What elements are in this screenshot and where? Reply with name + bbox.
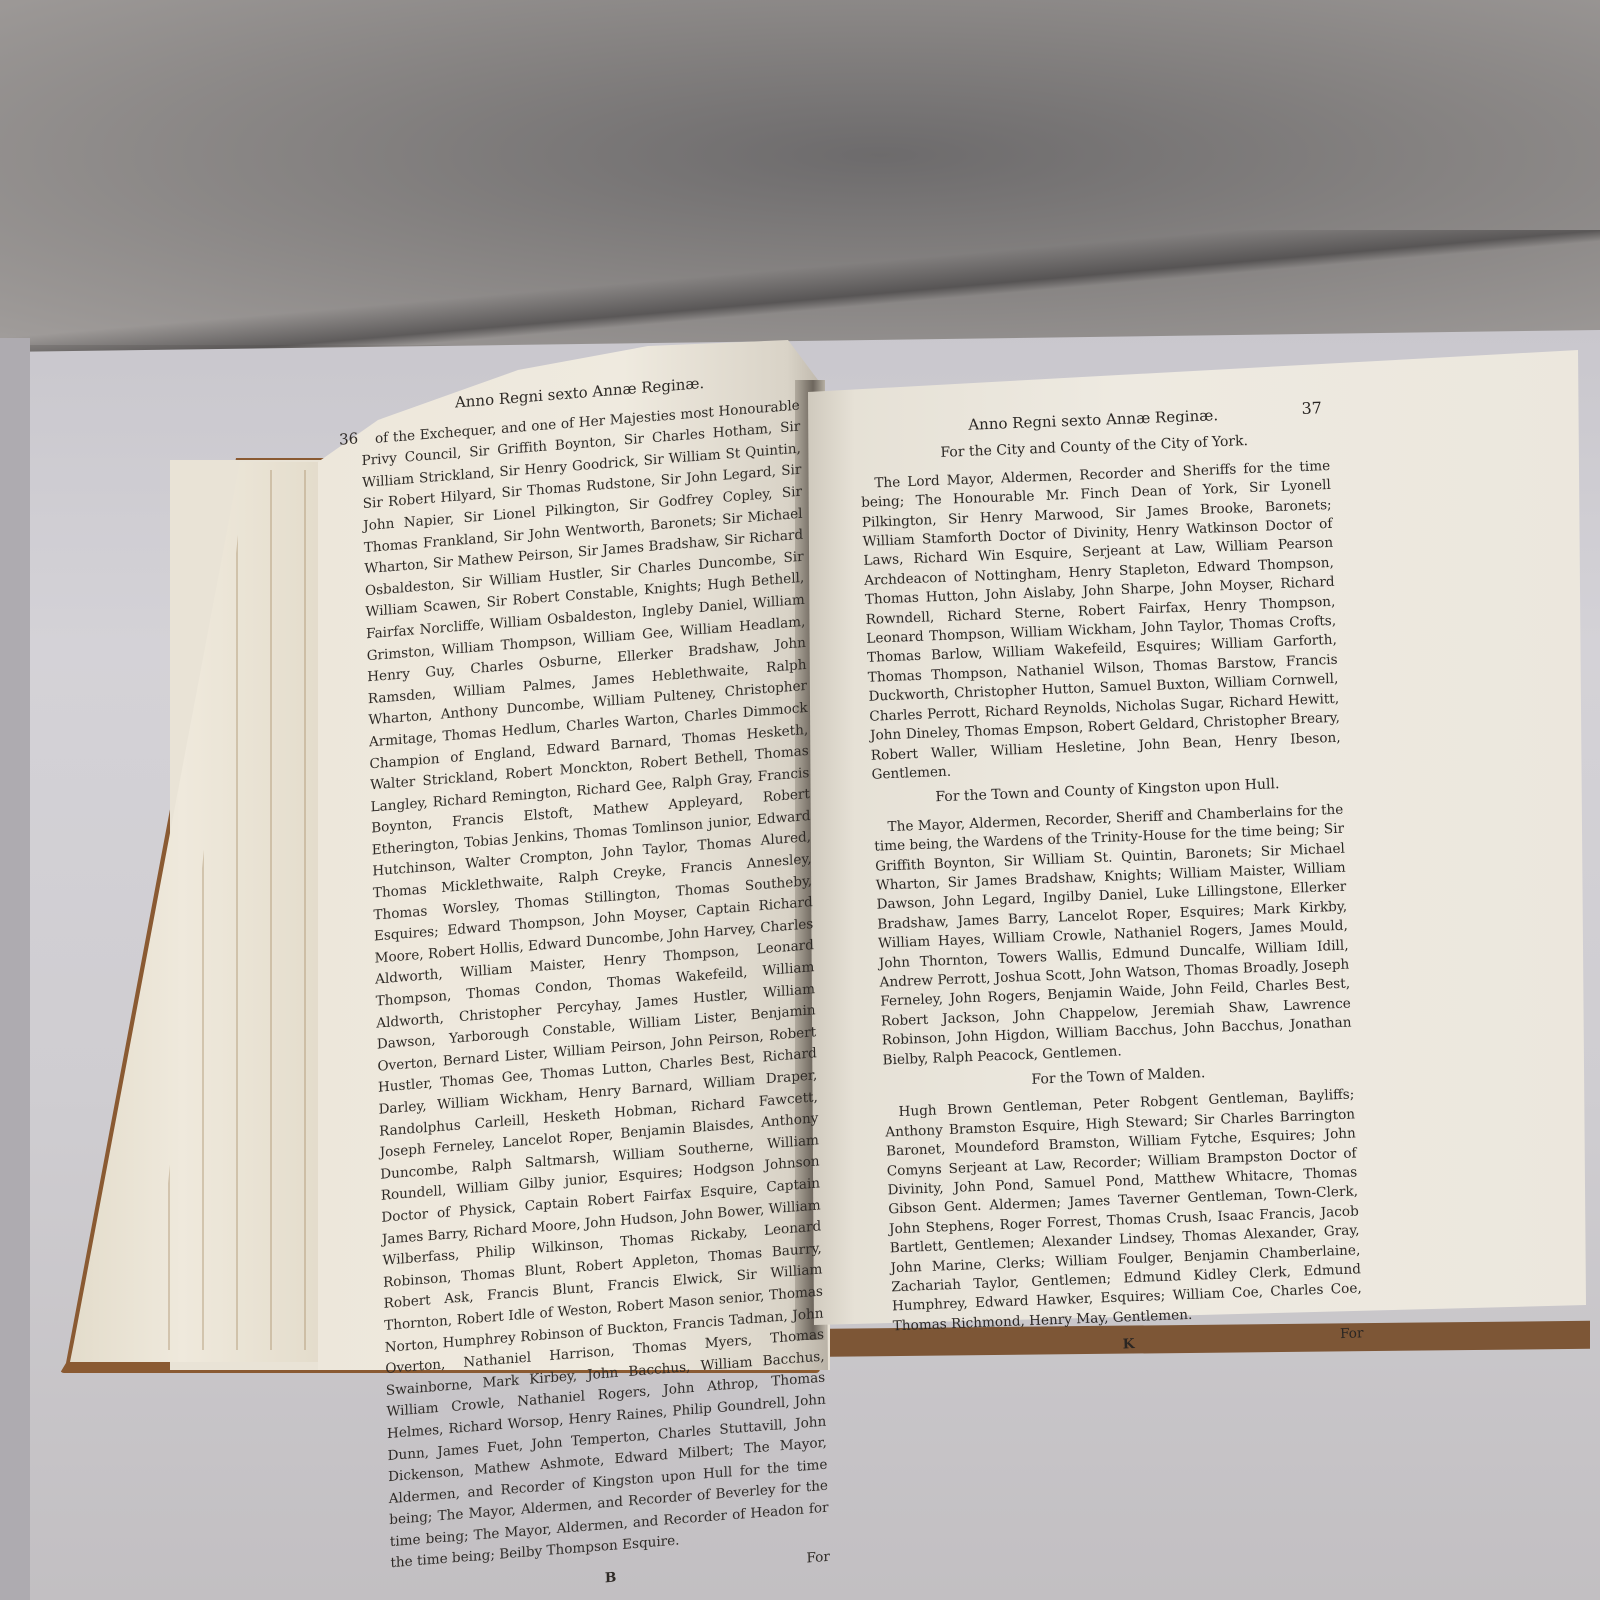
table-edge xyxy=(0,338,30,1600)
left-page-body: of the Exchequer, and one of Her Majesti… xyxy=(361,395,830,1575)
section-body: The Lord Mayor, Aldermen, Recorder and S… xyxy=(860,457,1342,785)
page-number-right: 37 xyxy=(1301,398,1322,418)
page-number-left: 36 xyxy=(339,428,359,451)
section-body: The Mayor, Aldermen, Recorder, Sheriff a… xyxy=(873,800,1352,1070)
right-page-text: Anno Regni sexto Annæ Reginæ. 37 For the… xyxy=(858,402,1364,1363)
section-body: Hugh Brown Gentleman, Peter Robgent Gent… xyxy=(884,1086,1363,1337)
left-page-text: Anno Regni sexto Annæ Reginæ. 36 of the … xyxy=(360,365,830,1600)
